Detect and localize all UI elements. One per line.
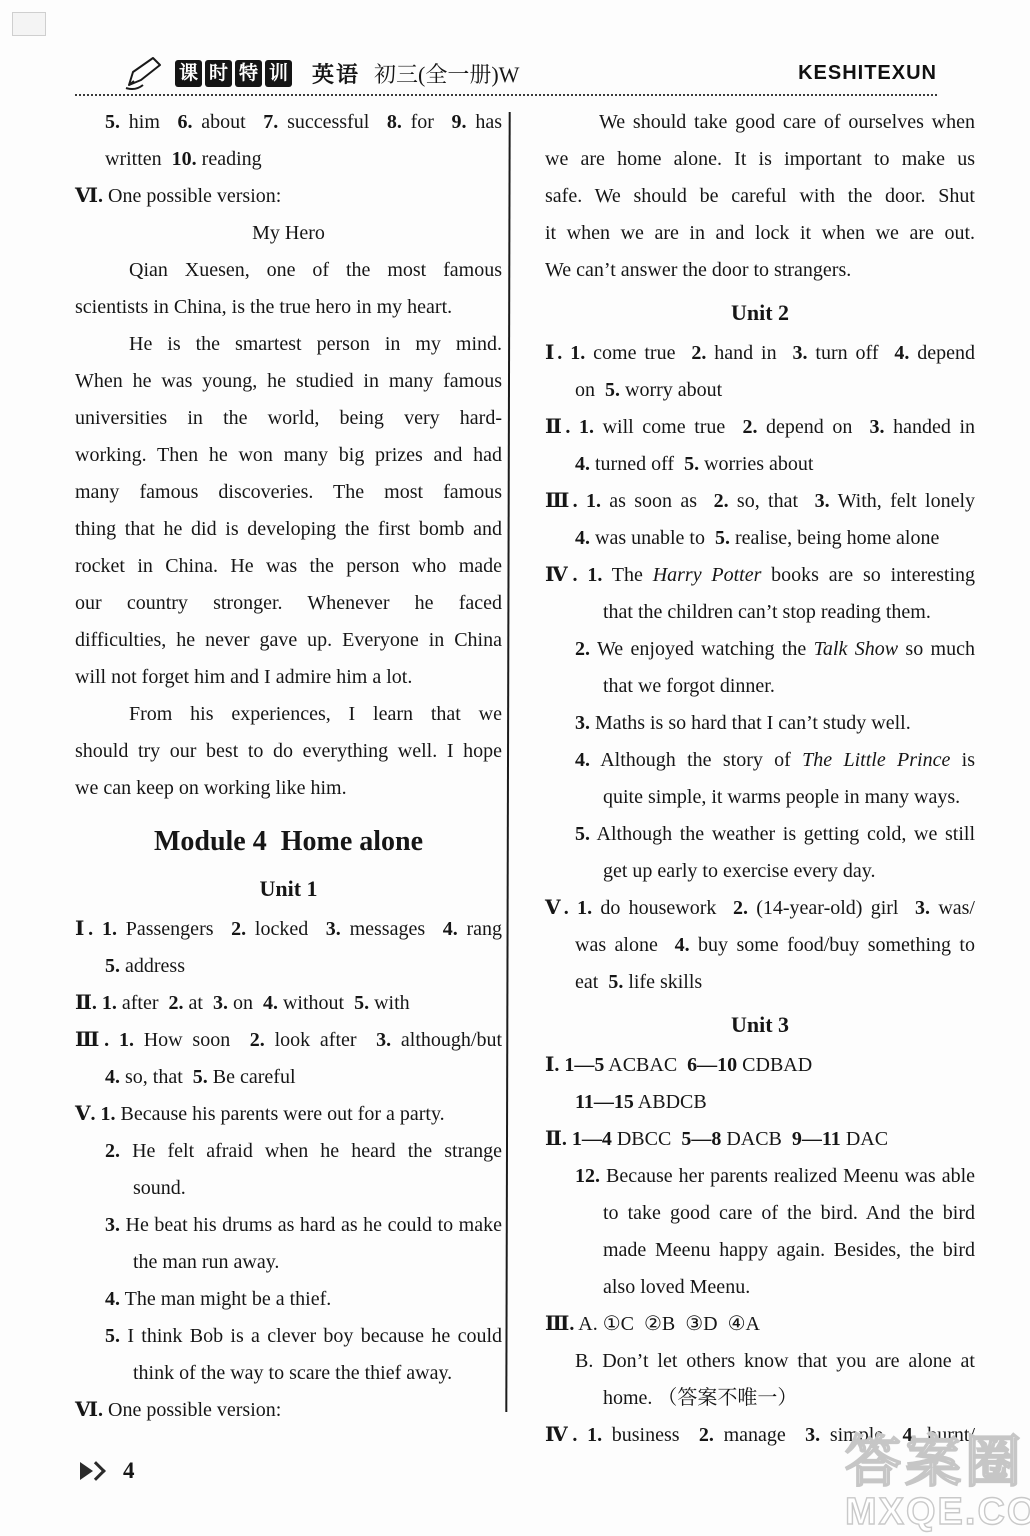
watermark-site-text: MXQE.COM bbox=[845, 1492, 1030, 1532]
text-line: universities in the world, being very ha… bbox=[75, 400, 502, 437]
text-line: Ⅴ. 1. do housework 2. (14-year-old) girl… bbox=[545, 890, 975, 927]
text-line: Ⅱ. 1. will come true 2. depend on 3. han… bbox=[545, 409, 975, 446]
text-line: 4. Although the story of The Little Prin… bbox=[545, 742, 975, 779]
text-line: sound. bbox=[75, 1170, 502, 1207]
text-line: 4. was unable to 5. realise, being home … bbox=[545, 520, 975, 557]
text-line: 5. I think Bob is a clever boy because h… bbox=[75, 1318, 502, 1355]
text-line: home. （答案不唯一） bbox=[545, 1380, 975, 1417]
text-line: 2. He felt afraid when he heard the stra… bbox=[75, 1133, 502, 1170]
text-line: 4. The man might be a thief. bbox=[75, 1281, 502, 1318]
text-line: 11—15 ABDCB bbox=[545, 1084, 975, 1121]
text-line: Ⅵ. One possible version: bbox=[75, 1392, 502, 1429]
text-line: Ⅲ. A. ①C ②B ③D ④A bbox=[545, 1306, 975, 1343]
text-line: Unit 1 bbox=[75, 869, 502, 909]
text-line: thing that he did is developing the firs… bbox=[75, 511, 502, 548]
text-line: Ⅳ. 1. The Harry Potter books are so inte… bbox=[545, 557, 975, 594]
text-line: Ⅵ. One possible version: bbox=[75, 178, 502, 215]
scan-artifact bbox=[12, 12, 46, 36]
text-line: safe. We should be careful with the door… bbox=[545, 178, 975, 215]
text-line: should try our best to do everything wel… bbox=[75, 733, 502, 770]
text-line: When he was young, he studied in many fa… bbox=[75, 363, 502, 400]
text-line: 2. We enjoyed watching the Talk Show so … bbox=[545, 631, 975, 668]
page-number: 4 bbox=[123, 1458, 135, 1484]
left-column: 5. him 6. about 7. successful 8. for 9. … bbox=[75, 104, 502, 1429]
text-line: get up early to exercise every day. bbox=[545, 853, 975, 890]
text-line: to take good care of the bird. And the b… bbox=[545, 1195, 975, 1232]
text-line: Ⅱ. 1—4 DBCC 5—8 DACB 9—11 DAC bbox=[545, 1121, 975, 1158]
text-line: Ⅲ. 1. How soon 2. look after 3. although… bbox=[75, 1022, 502, 1059]
text-line: we can keep on working like him. bbox=[75, 770, 502, 807]
text-line: Ⅴ. 1. Because his parents were out for a… bbox=[75, 1096, 502, 1133]
text-line: that we forgot dinner. bbox=[545, 668, 975, 705]
text-line: Ⅳ. 1. business 2. manage 3. simple 4. bu… bbox=[545, 1417, 975, 1454]
text-line: 5. Although the weather is getting cold,… bbox=[545, 816, 975, 853]
text-line: 5. address bbox=[75, 948, 502, 985]
text-line: Ⅰ. 1. Passengers 2. locked 3. messages 4… bbox=[75, 911, 502, 948]
text-line: Unit 3 bbox=[545, 1005, 975, 1045]
text-line: B. Don’t let others know that you are al… bbox=[545, 1343, 975, 1380]
text-line: Module 4 Home alone bbox=[75, 821, 502, 863]
text-line: was alone 4. buy some food/buy something… bbox=[545, 927, 975, 964]
text-line: written 10. reading bbox=[75, 141, 502, 178]
text-line: 3. He beat his drums as hard as he could… bbox=[75, 1207, 502, 1244]
text-line: also loved Meenu. bbox=[545, 1269, 975, 1306]
text-line: My Hero bbox=[75, 215, 502, 252]
text-line: on 5. worry about bbox=[545, 372, 975, 409]
text-line: made Meenu happy again. Besides, the bir… bbox=[545, 1232, 975, 1269]
text-line: He is the smartest person in my mind. bbox=[75, 326, 502, 363]
text-line: Qian Xuesen, one of the most famous bbox=[75, 252, 502, 289]
text-line: will not forget him and I admire him a l… bbox=[75, 659, 502, 696]
text-line: many famous discoveries. The most famous bbox=[75, 474, 502, 511]
text-line: scientists in China, is the true hero in… bbox=[75, 289, 502, 326]
text-line: Ⅰ. 1. come true 2. hand in 3. turn off 4… bbox=[545, 335, 975, 372]
text-line: 4. so, that 5. Be careful bbox=[75, 1059, 502, 1096]
text-line: working. Then he won many big prizes and… bbox=[75, 437, 502, 474]
text-line: think of the way to scare the thief away… bbox=[75, 1355, 502, 1392]
text-line: 4. turned off 5. worries about bbox=[545, 446, 975, 483]
text-line: From his experiences, I learn that we bbox=[75, 696, 502, 733]
text-line: Unit 2 bbox=[545, 293, 975, 333]
page-footer: 4 bbox=[80, 1458, 135, 1484]
text-line: 12. Because her parents realized Meenu w… bbox=[545, 1158, 975, 1195]
text-line: the man run away. bbox=[75, 1244, 502, 1281]
text-line: it when we are in and lock it when we ar… bbox=[545, 215, 975, 252]
text-line: 3. Maths is so hard that I can’t study w… bbox=[545, 705, 975, 742]
text-line: Ⅱ. 1. after 2. at 3. on 4. without 5. wi… bbox=[75, 985, 502, 1022]
text-line: that the children can’t stop reading the… bbox=[545, 594, 975, 631]
text-line: rocket in China. He was the person who m… bbox=[75, 548, 502, 585]
text-line: we are home alone. It is important to ma… bbox=[545, 141, 975, 178]
text-line: We should take good care of ourselves wh… bbox=[545, 104, 975, 141]
column-divider bbox=[505, 112, 510, 1412]
text-line: We can’t answer the door to strangers. bbox=[545, 252, 975, 289]
text-line: our country stronger. Whenever he faced bbox=[75, 585, 502, 622]
text-line: 5. him 6. about 7. successful 8. for 9. … bbox=[75, 104, 502, 141]
header-dotted-rule bbox=[75, 74, 937, 96]
text-line: Ⅲ. 1. as soon as 2. so, that 3. With, fe… bbox=[545, 483, 975, 520]
text-line: eat 5. life skills bbox=[545, 964, 975, 1001]
text-line: Ⅰ. 1—5 ACBAC 6—10 CDBAD bbox=[545, 1047, 975, 1084]
text-line: quite simple, it warms people in many wa… bbox=[545, 779, 975, 816]
right-column: We should take good care of ourselves wh… bbox=[545, 104, 975, 1454]
text-line: difficulties, he never gave up. Everyone… bbox=[75, 622, 502, 659]
